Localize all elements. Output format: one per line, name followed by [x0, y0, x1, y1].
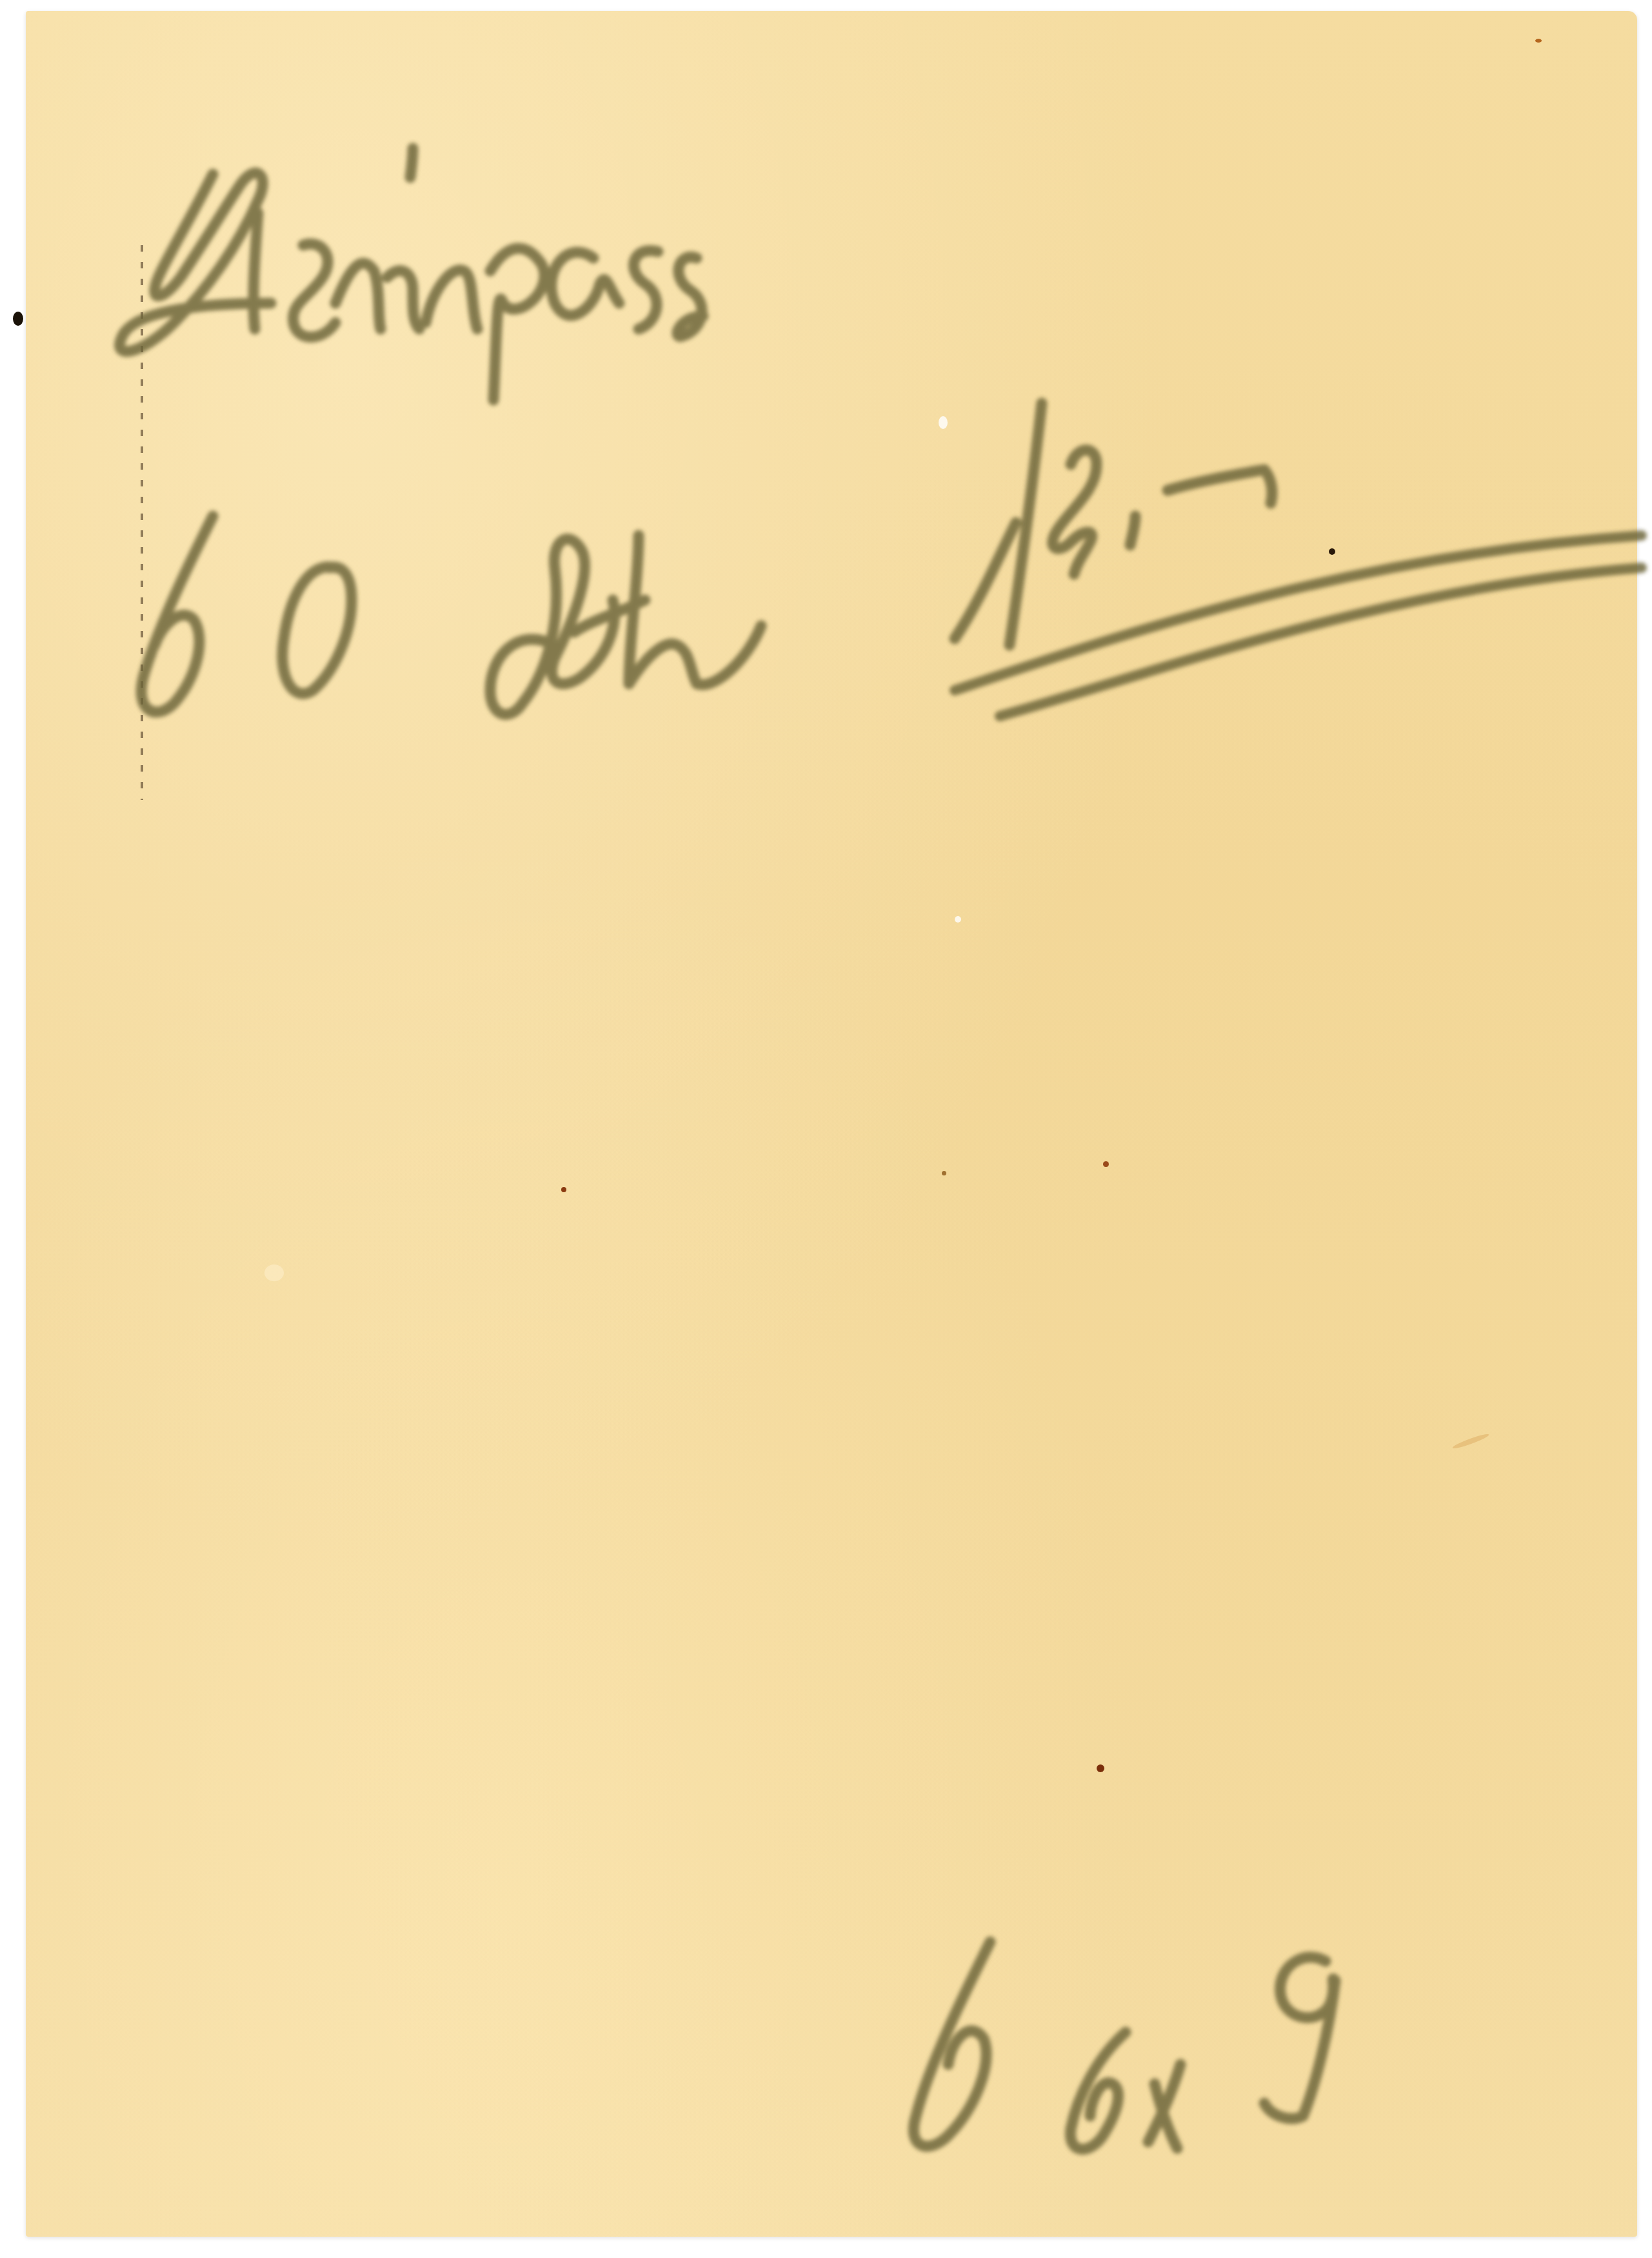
- note-price-alt: 12.–: [955, 413, 1292, 601]
- note-price: 60 Sch: [129, 516, 690, 704]
- note-format: 6 6x9: [903, 1942, 1353, 2130]
- note-title: Steinpass: [116, 168, 907, 355]
